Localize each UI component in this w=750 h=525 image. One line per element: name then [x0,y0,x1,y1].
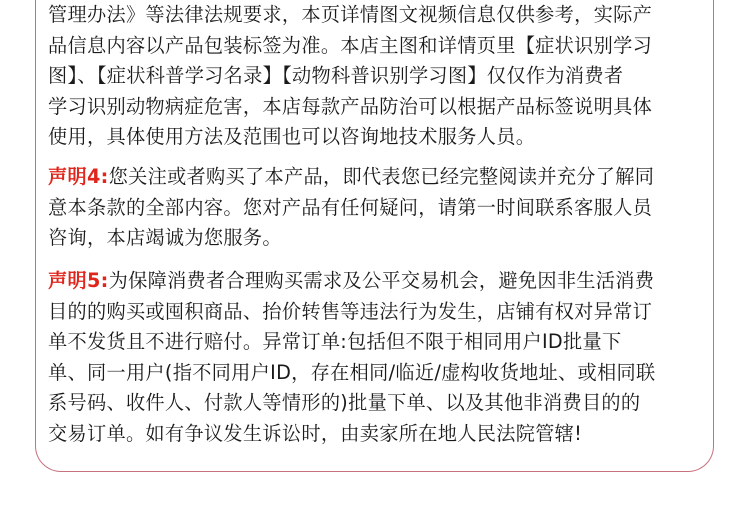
text-line: 目的的购买或囤积商品、抬价转售等违法行为发生，店铺有权对异常订 [48,297,655,328]
text-line: 意本条款的全部内容。您对产品有任何疑问，请第一时间联系客服人员 [48,193,654,224]
paragraph-statement-4: 声明4:您关注或者购买了本产品，即代表您已经完整阅读并充分了解同 意本条款的全部… [48,162,654,254]
text-line: 为保障消费者合理购买需求及公平交易机会，避免因非生活消费 [109,269,655,292]
text-line: 管理办法》等法律法规要求，本页详情图文视频信息仅供参考，实际产 [48,0,652,31]
text-line: 单、同一用户(指不同用户ID，存在相同/临近/虚构收货地址、或相同联 [48,358,655,389]
text-line: 交易订单。如有争议发生诉讼时，由卖家所在地人民法院管辖! [48,419,655,450]
paragraph-legal-notice: 管理办法》等法律法规要求，本页详情图文视频信息仅供参考，实际产 品信息内容以产品… [48,0,652,153]
text-line: 图】、【症状科普学习名录】【动物科普识别学习图】仅仅作为消费者 [48,61,652,92]
text-line: 您关注或者购买了本产品，即代表您已经完整阅读并充分了解同 [109,165,655,188]
text-line: 咨询，本店竭诚为您服务。 [48,223,654,254]
text-line: 学习识别动物病症危害，本店每款产品防治可以根据产品标签说明具体 [48,92,652,123]
statement-label: 声明5: [48,269,109,292]
text-line: 单不发货且不进行赔付。异常订单:包括但不限于相同用户ID批量下 [48,327,655,358]
statement-label: 声明4: [48,165,109,188]
text-line: 系号码、收件人、付款人等情形的)批量下单、以及其他非消费目的的 [48,388,655,419]
text-line: 使用，具体使用方法及范围也可以咨询地技术服务人员。 [48,122,652,153]
paragraph-statement-5: 声明5:为保障消费者合理购买需求及公平交易机会，避免因非生活消费 目的的购买或囤… [48,266,655,449]
text-line: 品信息内容以产品包装标签为准。本店主图和详情页里【症状识别学习 [48,31,652,62]
